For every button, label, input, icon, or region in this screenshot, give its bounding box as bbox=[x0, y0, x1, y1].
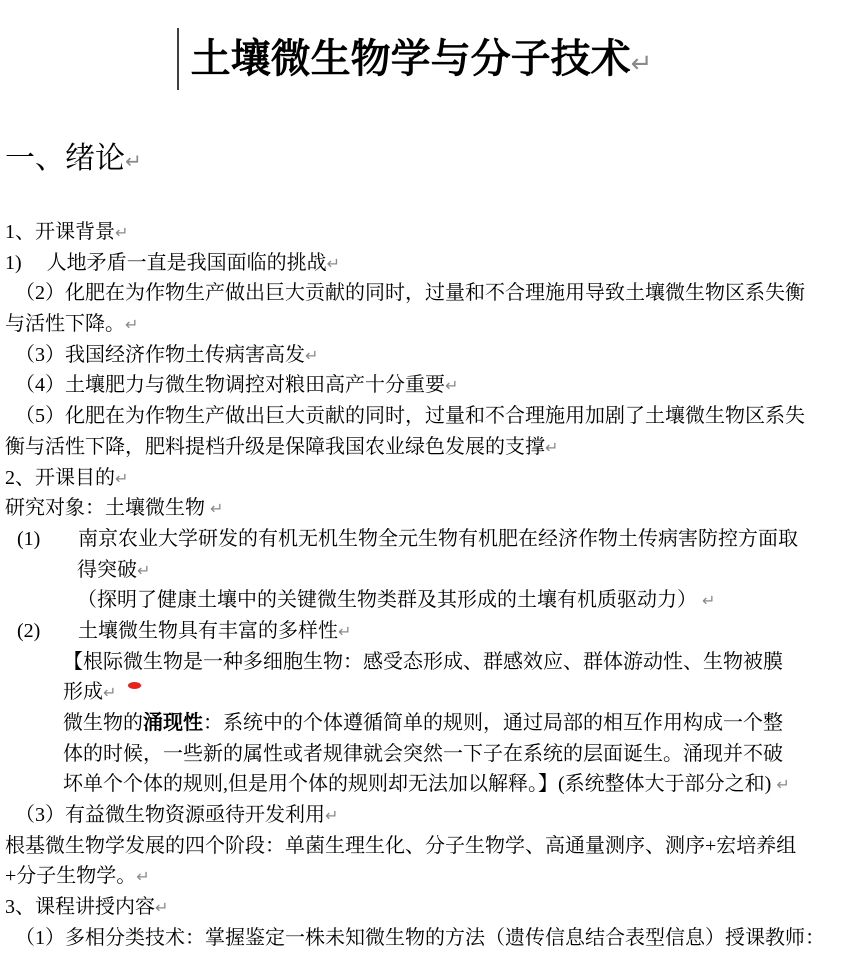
paragraph-mark: ↵ bbox=[115, 469, 128, 488]
list-item[interactable]: (1)南京农业大学研发的有机无机生物全元生物有机肥在经济作物土传病害防控方面取 bbox=[0, 524, 843, 555]
paragraph-mark: ↵ bbox=[631, 49, 653, 79]
text-line[interactable]: 微生物的涌现性：系统中的个体遵循简单的规则，通过局部的相互作用构成一个整 bbox=[0, 708, 843, 739]
text-line[interactable]: （2）化肥在为作物生产做出巨大贡献的同时，过量和不合理施用导致土壤微生物区系失衡 bbox=[0, 278, 843, 309]
text-line[interactable]: 3、课程讲授内容↵ bbox=[0, 892, 843, 923]
paragraph-mark: ↵ bbox=[702, 591, 715, 610]
text-line[interactable]: （3）我国经济作物土传病害高发↵ bbox=[0, 340, 843, 371]
paragraph-mark: ↵ bbox=[115, 223, 128, 242]
text-line[interactable]: （1）多相分类技术：掌握鉴定一株未知微生物的方法（遗传信息结合表型信息）授课教师… bbox=[0, 923, 843, 954]
paragraph-mark: ↵ bbox=[327, 254, 340, 273]
body-text: 1、开课背景↵ 1) 人地矛盾一直是我国面临的挑战↵ （2）化肥在为作物生产做出… bbox=[0, 217, 843, 954]
paragraph-mark: ↵ bbox=[137, 561, 150, 580]
paragraph-mark: ↵ bbox=[125, 149, 142, 173]
page-title-text: 土壤微生物学与分子技术 bbox=[191, 36, 631, 81]
text-line[interactable]: 与活性下降。↵ bbox=[0, 309, 843, 340]
paragraph-mark: ↵ bbox=[155, 898, 168, 917]
list-item[interactable]: (2)土壤微生物具有丰富的多样性↵ bbox=[0, 616, 843, 647]
text-line[interactable]: （5）化肥在为作物生产做出巨大贡献的同时，过量和不合理施用加剧了土壤微生物区系失 bbox=[0, 401, 843, 432]
paragraph-mark: ↵ bbox=[125, 315, 138, 334]
heading-text: 一、绪论 bbox=[5, 142, 125, 175]
text-line[interactable]: （探明了健康土壤中的关键微生物类群及其形成的土壤有机质驱动力） ↵ bbox=[0, 585, 843, 616]
text-line[interactable]: 得突破↵ bbox=[0, 555, 843, 586]
paragraph-mark: ↵ bbox=[338, 622, 351, 641]
text-line[interactable]: +分子生物学。↵ bbox=[0, 861, 843, 892]
text-line[interactable]: （4）土壤肥力与微生物调控对粮田高产十分重要↵ bbox=[0, 370, 843, 401]
text-line[interactable]: 体的时候，一些新的属性或者规律就会突然一下子在系统的层面诞生。涌现并不破 bbox=[0, 739, 843, 770]
text-line[interactable]: 形成↵ bbox=[0, 677, 843, 708]
text-line[interactable]: 根基微生物学发展的四个阶段：单菌生理生化、分子生物学、高通量测序、测序+宏培养组 bbox=[0, 831, 843, 862]
heading-chapter-1: 一、绪论↵ bbox=[5, 140, 142, 180]
page-title: 土壤微生物学与分子技术↵ bbox=[0, 33, 843, 90]
paragraph-mark: ↵ bbox=[445, 376, 458, 395]
paragraph-mark: ↵ bbox=[325, 806, 338, 825]
text-line[interactable]: 1) 人地矛盾一直是我国面临的挑战↵ bbox=[0, 248, 843, 279]
text-line[interactable]: 研究对象：土壤微生物 ↵ bbox=[0, 493, 843, 524]
text-line[interactable]: 1、开课背景↵ bbox=[0, 217, 843, 248]
text-line[interactable]: 【根际微生物是一种多细胞生物：感受态形成、群感效应、群体游动性、生物被膜 bbox=[0, 647, 843, 678]
text-line[interactable]: 坏单个个体的规则,但是用个体的规则却无法加以解释。】(系统整体大于部分之和) ↵ bbox=[0, 769, 843, 800]
paragraph-mark: ↵ bbox=[210, 499, 223, 518]
paragraph-mark: ↵ bbox=[776, 775, 789, 794]
bold-term: 涌现性 bbox=[143, 712, 203, 734]
list-number: (1) bbox=[17, 524, 78, 555]
paragraph-mark: ↵ bbox=[103, 683, 116, 702]
text-line[interactable]: （3）有益微生物资源亟待开发利用↵ bbox=[0, 800, 843, 831]
list-number: (2) bbox=[17, 616, 78, 647]
red-annotation-dot bbox=[128, 682, 141, 689]
paragraph-mark: ↵ bbox=[305, 346, 318, 365]
text-line[interactable]: 衡与活性下降，肥料提档升级是保障我国农业绿色发展的支撑↵ bbox=[0, 432, 843, 463]
paragraph-mark: ↵ bbox=[545, 438, 558, 457]
document-page[interactable]: 土壤微生物学与分子技术↵ 一、绪论↵ 1、开课背景↵ 1) 人地矛盾一直是我国面… bbox=[0, 0, 843, 966]
text-line[interactable]: 2、开课目的↵ bbox=[0, 463, 843, 494]
paragraph-mark: ↵ bbox=[136, 867, 149, 886]
